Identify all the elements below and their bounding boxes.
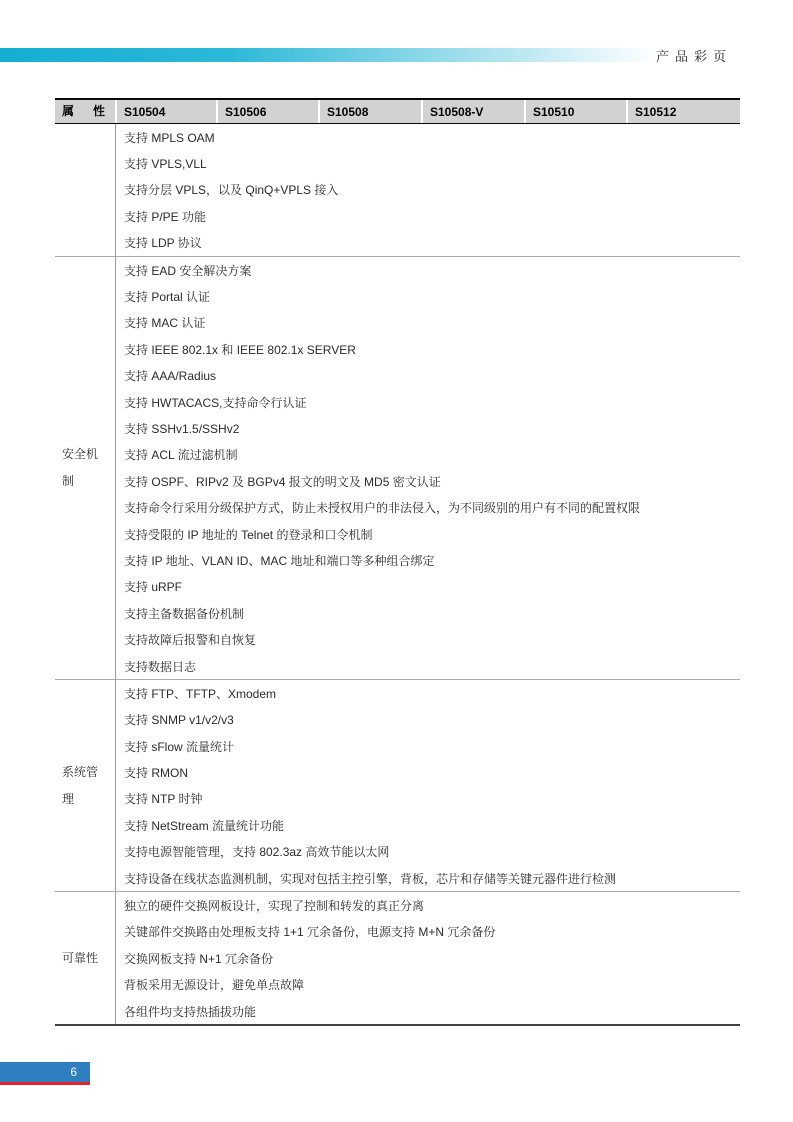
- spec-item: 支持设备在线状态监测机制，实现对包括主控引擎，背板，芯片和存储等关键元器件进行检…: [116, 865, 740, 891]
- table-header-row: 属 性 S10504 S10506 S10508 S10508-V S10510…: [55, 98, 740, 124]
- spec-item: 背板采用无源设计，避免单点故障: [116, 972, 740, 998]
- column-header-s10504: S10504: [117, 100, 216, 123]
- spec-item: 支持 AAA/Radius: [116, 363, 740, 389]
- column-header-attribute: 属 性: [55, 100, 115, 123]
- category-cell: [55, 124, 116, 256]
- table-section-mpls: 支持 MPLS OAM 支持 VPLS,VLL 支持分层 VPLS，以及 Qin…: [55, 124, 740, 256]
- section-items: 支持 EAD 安全解决方案 支持 Portal 认证 支持 MAC 认证 支持 …: [116, 257, 740, 679]
- spec-item: 支持受限的 IP 地址的 Telnet 的登录和口令机制: [116, 521, 740, 547]
- category-cell: 可靠性: [55, 892, 116, 1024]
- table-section-reliability: 可靠性 独立的硬件交换网板设计，实现了控制和转发的真正分离 关键部件交换路由处理…: [55, 891, 740, 1024]
- spec-item: 支持电源智能管理，支持 802.3az 高效节能以太网: [116, 839, 740, 865]
- spec-item: 支持 LDP 协议: [116, 230, 740, 256]
- spec-item: 支持 ACL 流过滤机制: [116, 442, 740, 468]
- column-header-s10508v: S10508-V: [423, 100, 524, 123]
- spec-item: 支持主备数据备份机制: [116, 600, 740, 626]
- spec-item: 支持 MAC 认证: [116, 310, 740, 336]
- spec-item: 支持 EAD 安全解决方案: [116, 257, 740, 283]
- spec-table: 属 性 S10504 S10506 S10508 S10508-V S10510…: [55, 98, 740, 1026]
- footer-accent-line: [0, 1082, 90, 1085]
- spec-item: 支持 IP 地址、VLAN ID、MAC 地址和端口等多种组合绑定: [116, 547, 740, 573]
- spec-item: 支持 MPLS OAM: [116, 124, 740, 150]
- spec-item: 支持 NTP 时钟: [116, 786, 740, 812]
- spec-item: 支持 HWTACACS,支持命令行认证: [116, 389, 740, 415]
- spec-item: 支持 IEEE 802.1x 和 IEEE 802.1x SERVER: [116, 336, 740, 362]
- table-section-management: 系统管理 支持 FTP、TFTP、Xmodem 支持 SNMP v1/v2/v3…: [55, 679, 740, 891]
- spec-item: 关键部件交换路由处理板支持 1+1 冗余备份，电源支持 M+N 冗余备份: [116, 919, 740, 945]
- spec-item: 支持分层 VPLS，以及 QinQ+VPLS 接入: [116, 177, 740, 203]
- spec-item: 各组件均支持热插拔功能: [116, 998, 740, 1024]
- spec-item: 交换网板支持 N+1 冗余备份: [116, 945, 740, 971]
- spec-item: 支持 P/PE 功能: [116, 203, 740, 229]
- spec-item: 支持 VPLS,VLL: [116, 150, 740, 176]
- spec-item: 支持 sFlow 流量统计: [116, 733, 740, 759]
- spec-item: 支持 Portal 认证: [116, 283, 740, 309]
- table-body: 支持 MPLS OAM 支持 VPLS,VLL 支持分层 VPLS，以及 Qin…: [55, 124, 740, 1026]
- spec-item: 支持 RMON: [116, 759, 740, 785]
- top-banner-bar: [0, 48, 658, 62]
- spec-item: 支持 SSHv1.5/SSHv2: [116, 415, 740, 441]
- column-header-s10512: S10512: [628, 100, 740, 123]
- section-items: 独立的硬件交换网板设计，实现了控制和转发的真正分离 关键部件交换路由处理板支持 …: [116, 892, 740, 1024]
- spec-item: 支持 uRPF: [116, 574, 740, 600]
- column-header-s10510: S10510: [526, 100, 626, 123]
- spec-item: 支持故障后报警和自恢复: [116, 626, 740, 652]
- page-header-label: 产品彩页: [656, 46, 732, 65]
- page-number-bar: 6: [0, 1062, 90, 1082]
- spec-item: 支持 NetStream 流量统计功能: [116, 812, 740, 838]
- table-section-security: 安全机制 支持 EAD 安全解决方案 支持 Portal 认证 支持 MAC 认…: [55, 256, 740, 679]
- page-number: 6: [70, 1065, 77, 1079]
- spec-item: 独立的硬件交换网板设计，实现了控制和转发的真正分离: [116, 892, 740, 918]
- category-cell: 系统管理: [55, 680, 116, 891]
- document-page: 产品彩页 属 性 S10504 S10506 S10508 S10508-V S…: [0, 0, 793, 1122]
- section-items: 支持 MPLS OAM 支持 VPLS,VLL 支持分层 VPLS，以及 Qin…: [116, 124, 740, 256]
- spec-item: 支持命令行采用分级保护方式，防止未授权用户的非法侵入，为不同级别的用户有不同的配…: [116, 494, 740, 520]
- spec-item: 支持 SNMP v1/v2/v3: [116, 707, 740, 733]
- spec-item: 支持数据日志: [116, 653, 740, 679]
- spec-item: 支持 OSPF、RIPv2 及 BGPv4 报文的明文及 MD5 密文认证: [116, 468, 740, 494]
- category-cell: 安全机制: [55, 257, 116, 679]
- column-header-s10508: S10508: [320, 100, 421, 123]
- spec-item: 支持 FTP、TFTP、Xmodem: [116, 680, 740, 706]
- column-header-s10506: S10506: [218, 100, 318, 123]
- section-items: 支持 FTP、TFTP、Xmodem 支持 SNMP v1/v2/v3 支持 s…: [116, 680, 740, 891]
